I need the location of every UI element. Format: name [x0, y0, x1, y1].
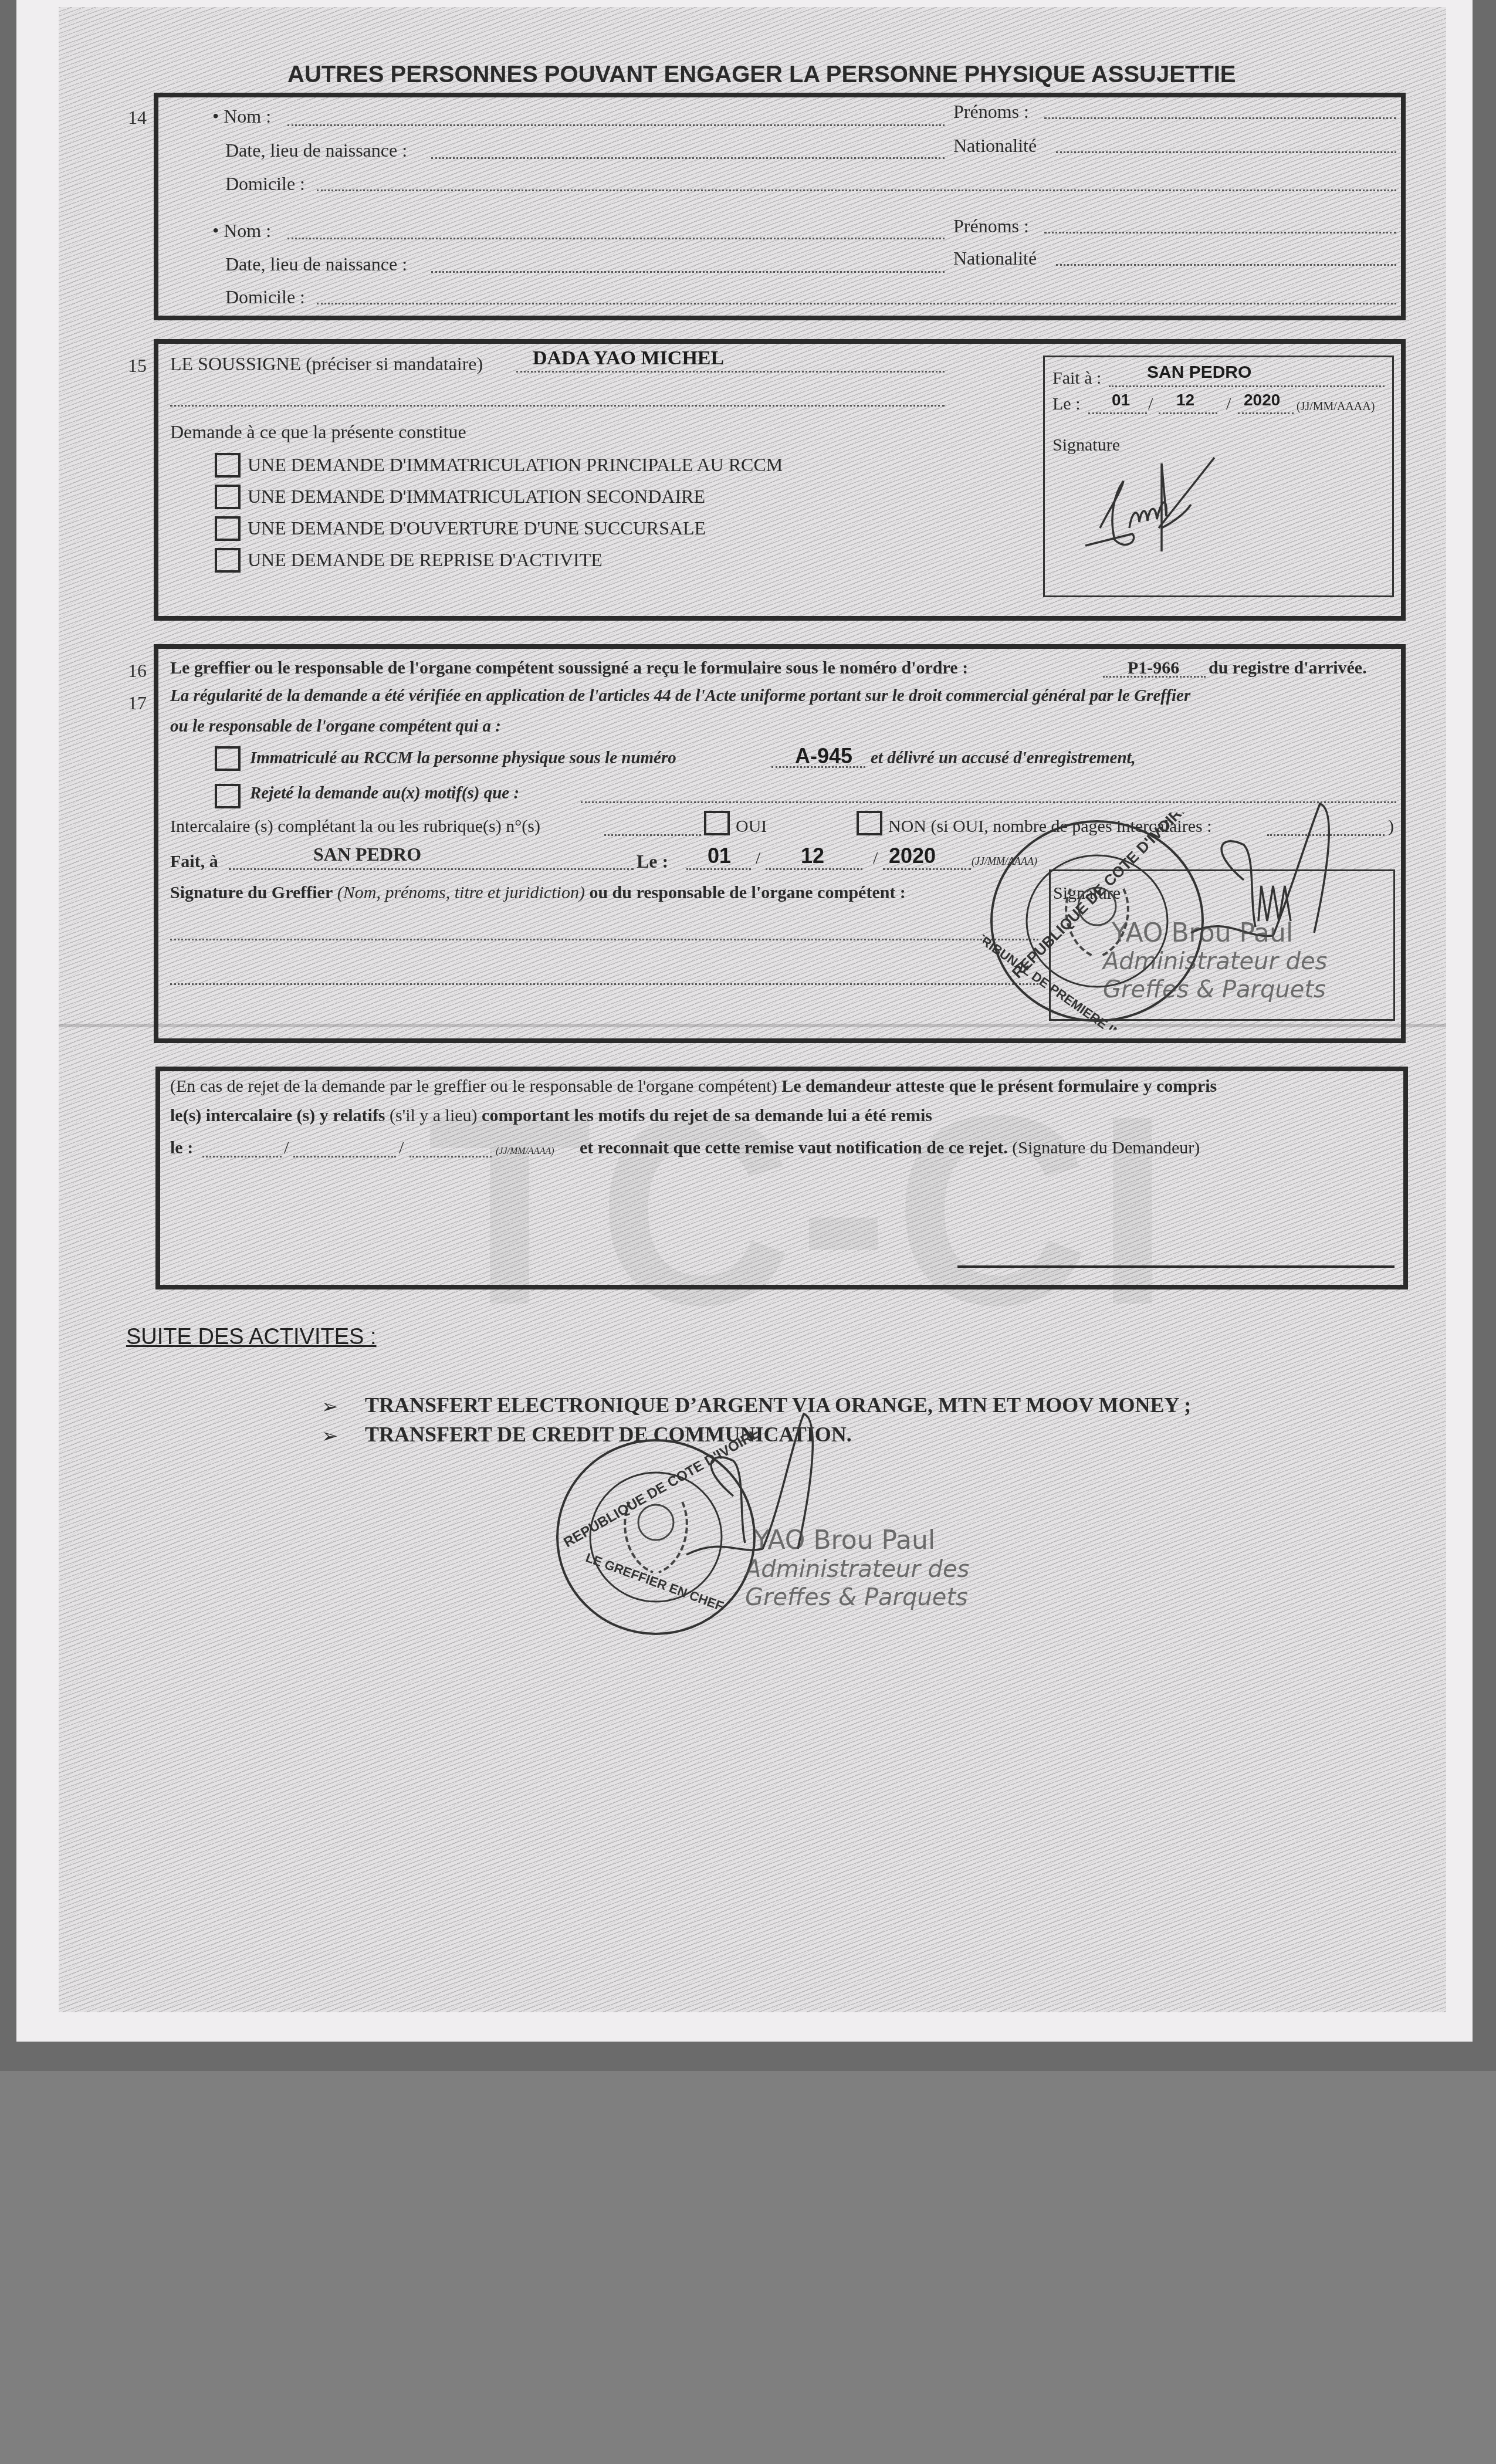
person2-prenoms-label: Prénoms : [953, 215, 1029, 237]
date-sep: / [756, 848, 760, 868]
rejection-line-1: (En cas de rejet de la demande par le gr… [170, 1077, 1217, 1096]
fait-a-value[interactable]: SAN PEDRO [1147, 363, 1251, 383]
greffier-le-label: Le : [637, 851, 668, 872]
fait-a-label: Fait à : [1052, 368, 1101, 388]
registry-text-before: Le greffier ou le responsable de l'organ… [170, 658, 968, 678]
rejection-line2-bold-a: le(s) intercalaire (s) y relatifs [170, 1106, 385, 1125]
oui-label: OUI [736, 817, 767, 837]
person1-nationalite-field[interactable] [1056, 151, 1396, 153]
greffier-month-line [766, 868, 862, 870]
option-immatriculation-principale: UNE DEMANDE D'IMMATRICULATION PRINCIPALE… [248, 454, 783, 476]
immatricule-label: Immatriculé au RCCM la personne physique… [250, 749, 676, 768]
applicant-signature-line[interactable] [957, 1265, 1395, 1268]
greffier-date-year[interactable]: 2020 [889, 844, 936, 868]
greffier-date-month[interactable]: 12 [801, 844, 824, 868]
greffier-name-field-2[interactable] [170, 983, 1038, 985]
greffier-sig-rest: ou du responsable de l'organe compétent … [589, 883, 905, 902]
demande-label: Demande à ce que la présente constitue [170, 421, 466, 443]
soussigne-label: LE SOUSSIGNE (préciser si mandataire) [170, 353, 483, 375]
rejection-year-field[interactable] [409, 1156, 492, 1157]
rejection-line-2: le(s) intercalaire (s) y relatifs (s'il … [170, 1106, 932, 1126]
person1-nationalite-label: Nationalité [953, 135, 1037, 157]
checkbox-immatriculation-secondaire[interactable] [215, 485, 241, 509]
rejection-line2-bold-b: comportant les motifs du rejet de sa dem… [482, 1106, 932, 1125]
greffier-signature-caption: Signature du Greffier (Nom, prénoms, tit… [170, 883, 906, 903]
person2-nom-label: • Nom : [212, 220, 271, 242]
date-sep: / [399, 1138, 404, 1158]
checkbox-reprise-activite[interactable] [215, 548, 241, 573]
rejection-day-field[interactable] [202, 1156, 282, 1157]
section-number-16: 16 [128, 660, 147, 682]
greffier-day-line [686, 868, 751, 870]
checkbox-oui[interactable] [704, 811, 730, 835]
checkbox-immatriculation-principale[interactable] [215, 453, 241, 478]
person1-nom-label: • Nom : [212, 106, 271, 127]
immatricule-suffix: et délivré un accusé d'enregistrement, [871, 749, 1136, 768]
fait-a-field-line [1109, 385, 1385, 387]
rejection-month-field[interactable] [293, 1156, 396, 1157]
greffier-fait-value[interactable]: SAN PEDRO [313, 844, 421, 865]
soussigne-field-line [516, 371, 945, 373]
greffier-name-field-1[interactable] [170, 939, 1038, 940]
stamp2-admin-name: YAO Brou Paul [754, 1525, 935, 1555]
person2-domicile-field[interactable] [317, 303, 1396, 304]
date-year[interactable]: 2020 [1244, 391, 1280, 409]
year-field-line [1238, 412, 1294, 414]
page-title: AUTRES PERSONNES POUVANT ENGAGER LA PERS… [287, 62, 1236, 88]
intercalaire-label: Intercalaire (s) complétant la ou les ru… [170, 817, 540, 837]
date-sep: / [1148, 394, 1153, 414]
regularity-text-line1: La régularité de la demande a été vérifi… [170, 686, 1190, 706]
person1-prenoms-field[interactable] [1044, 117, 1396, 119]
rejection-line2-normal: (s'il y a lieu) [390, 1106, 478, 1125]
soussigne-value[interactable]: DADA YAO MICHEL [533, 347, 724, 370]
stamp2-admin-title-1: Administrateur des [745, 1556, 969, 1583]
date-day[interactable]: 01 [1112, 391, 1130, 409]
section-number-15: 15 [128, 355, 147, 377]
person1-naissance-field[interactable] [431, 157, 945, 159]
option-reprise-activite: UNE DEMANDE DE REPRISE D'ACTIVITE [248, 549, 603, 571]
date-sep: / [1226, 394, 1231, 414]
greffier-year-line [883, 868, 971, 870]
date-sep: / [873, 848, 878, 868]
activity-bullet-icon: ➢ [321, 1424, 339, 1448]
order-number-value[interactable]: P1-966 [1128, 658, 1179, 678]
greffier-sig-ital: (Nom, prénoms, titre et juridiction) [337, 883, 585, 902]
close-paren: ) [1388, 817, 1394, 837]
date-month[interactable]: 12 [1176, 391, 1194, 409]
activity-bullet-icon: ➢ [321, 1395, 339, 1419]
person2-prenoms-field[interactable] [1044, 232, 1396, 233]
section-number-17: 17 [128, 692, 147, 714]
rccm-number-value[interactable]: A-945 [795, 744, 852, 769]
person2-nationalite-field[interactable] [1056, 264, 1396, 266]
person1-prenoms-label: Prénoms : [953, 101, 1029, 123]
soussigne-field-line-2[interactable] [170, 405, 945, 407]
rejection-line-3: et reconnait que cette remise vaut notif… [580, 1138, 1200, 1158]
person2-nationalite-label: Nationalité [953, 248, 1037, 269]
rejection-date-format: (JJ/MM/AAAA) [496, 1146, 554, 1157]
registry-text-after: du registre d'arrivée. [1209, 658, 1367, 678]
person1-nom-field[interactable] [287, 124, 945, 126]
rejection-line3-bold: et reconnait que cette remise vaut notif… [580, 1138, 1008, 1157]
checkbox-rejete[interactable] [215, 784, 241, 808]
option-ouverture-succursale: UNE DEMANDE D'OUVERTURE D'UNE SUCCURSALE [248, 517, 706, 539]
rejection-line1-bold: Le demandeur atteste que le présent form… [781, 1077, 1217, 1096]
person1-naissance-label: Date, lieu de naissance : [225, 140, 407, 161]
greffier-fait-label: Fait, à [170, 852, 218, 872]
person1-domicile-field[interactable] [317, 189, 1396, 191]
applicant-signature-icon [1074, 440, 1238, 557]
rejection-line3-normal: (Signature du Demandeur) [1012, 1138, 1200, 1157]
rejection-notice-box [155, 1067, 1408, 1289]
checkbox-non[interactable] [857, 811, 882, 835]
stamp2-admin-title-2: Greffes & Parquets [745, 1584, 968, 1611]
stamp-admin-title-2: Greffes & Parquets [1103, 976, 1326, 1003]
month-field-line [1159, 412, 1217, 414]
person1-domicile-label: Domicile : [225, 173, 305, 195]
person2-naissance-field[interactable] [431, 271, 945, 273]
stamp-admin-title-1: Administrateur des [1103, 948, 1327, 975]
section-number-14: 14 [128, 107, 147, 128]
date-sep: / [284, 1138, 289, 1158]
greffier-date-day[interactable]: 01 [708, 844, 731, 868]
rejection-le-label: le : [170, 1138, 193, 1158]
option-immatriculation-secondaire: UNE DEMANDE D'IMMATRICULATION SECONDAIRE [248, 486, 705, 507]
greffier-sig-bold: Signature du Greffier [170, 883, 333, 902]
day-field-line [1088, 412, 1147, 414]
intercalaire-field[interactable] [604, 834, 701, 836]
checkbox-immatricule[interactable] [215, 746, 241, 771]
activities-heading: SUITE DES ACTIVITES : [126, 1325, 377, 1350]
checkbox-ouverture-succursale[interactable] [215, 516, 241, 541]
rejete-label: Rejeté la demande au(x) motif(s) que : [250, 784, 519, 803]
rejection-line1-normal: (En cas de rejet de la demande par le gr… [170, 1077, 777, 1096]
regularity-text-line2: ou le responsable de l'organe compétent … [170, 717, 501, 736]
stamp-admin-name: YAO Brou Paul [1112, 918, 1293, 948]
person2-nom-field[interactable] [287, 238, 945, 239]
greffier-fait-line [229, 868, 634, 870]
date-format-hint: (JJ/MM/AAAA) [1297, 400, 1375, 414]
person2-naissance-label: Date, lieu de naissance : [225, 253, 407, 275]
le-label: Le : [1052, 394, 1080, 414]
person2-domicile-label: Domicile : [225, 286, 305, 308]
section-14-box [154, 93, 1406, 320]
